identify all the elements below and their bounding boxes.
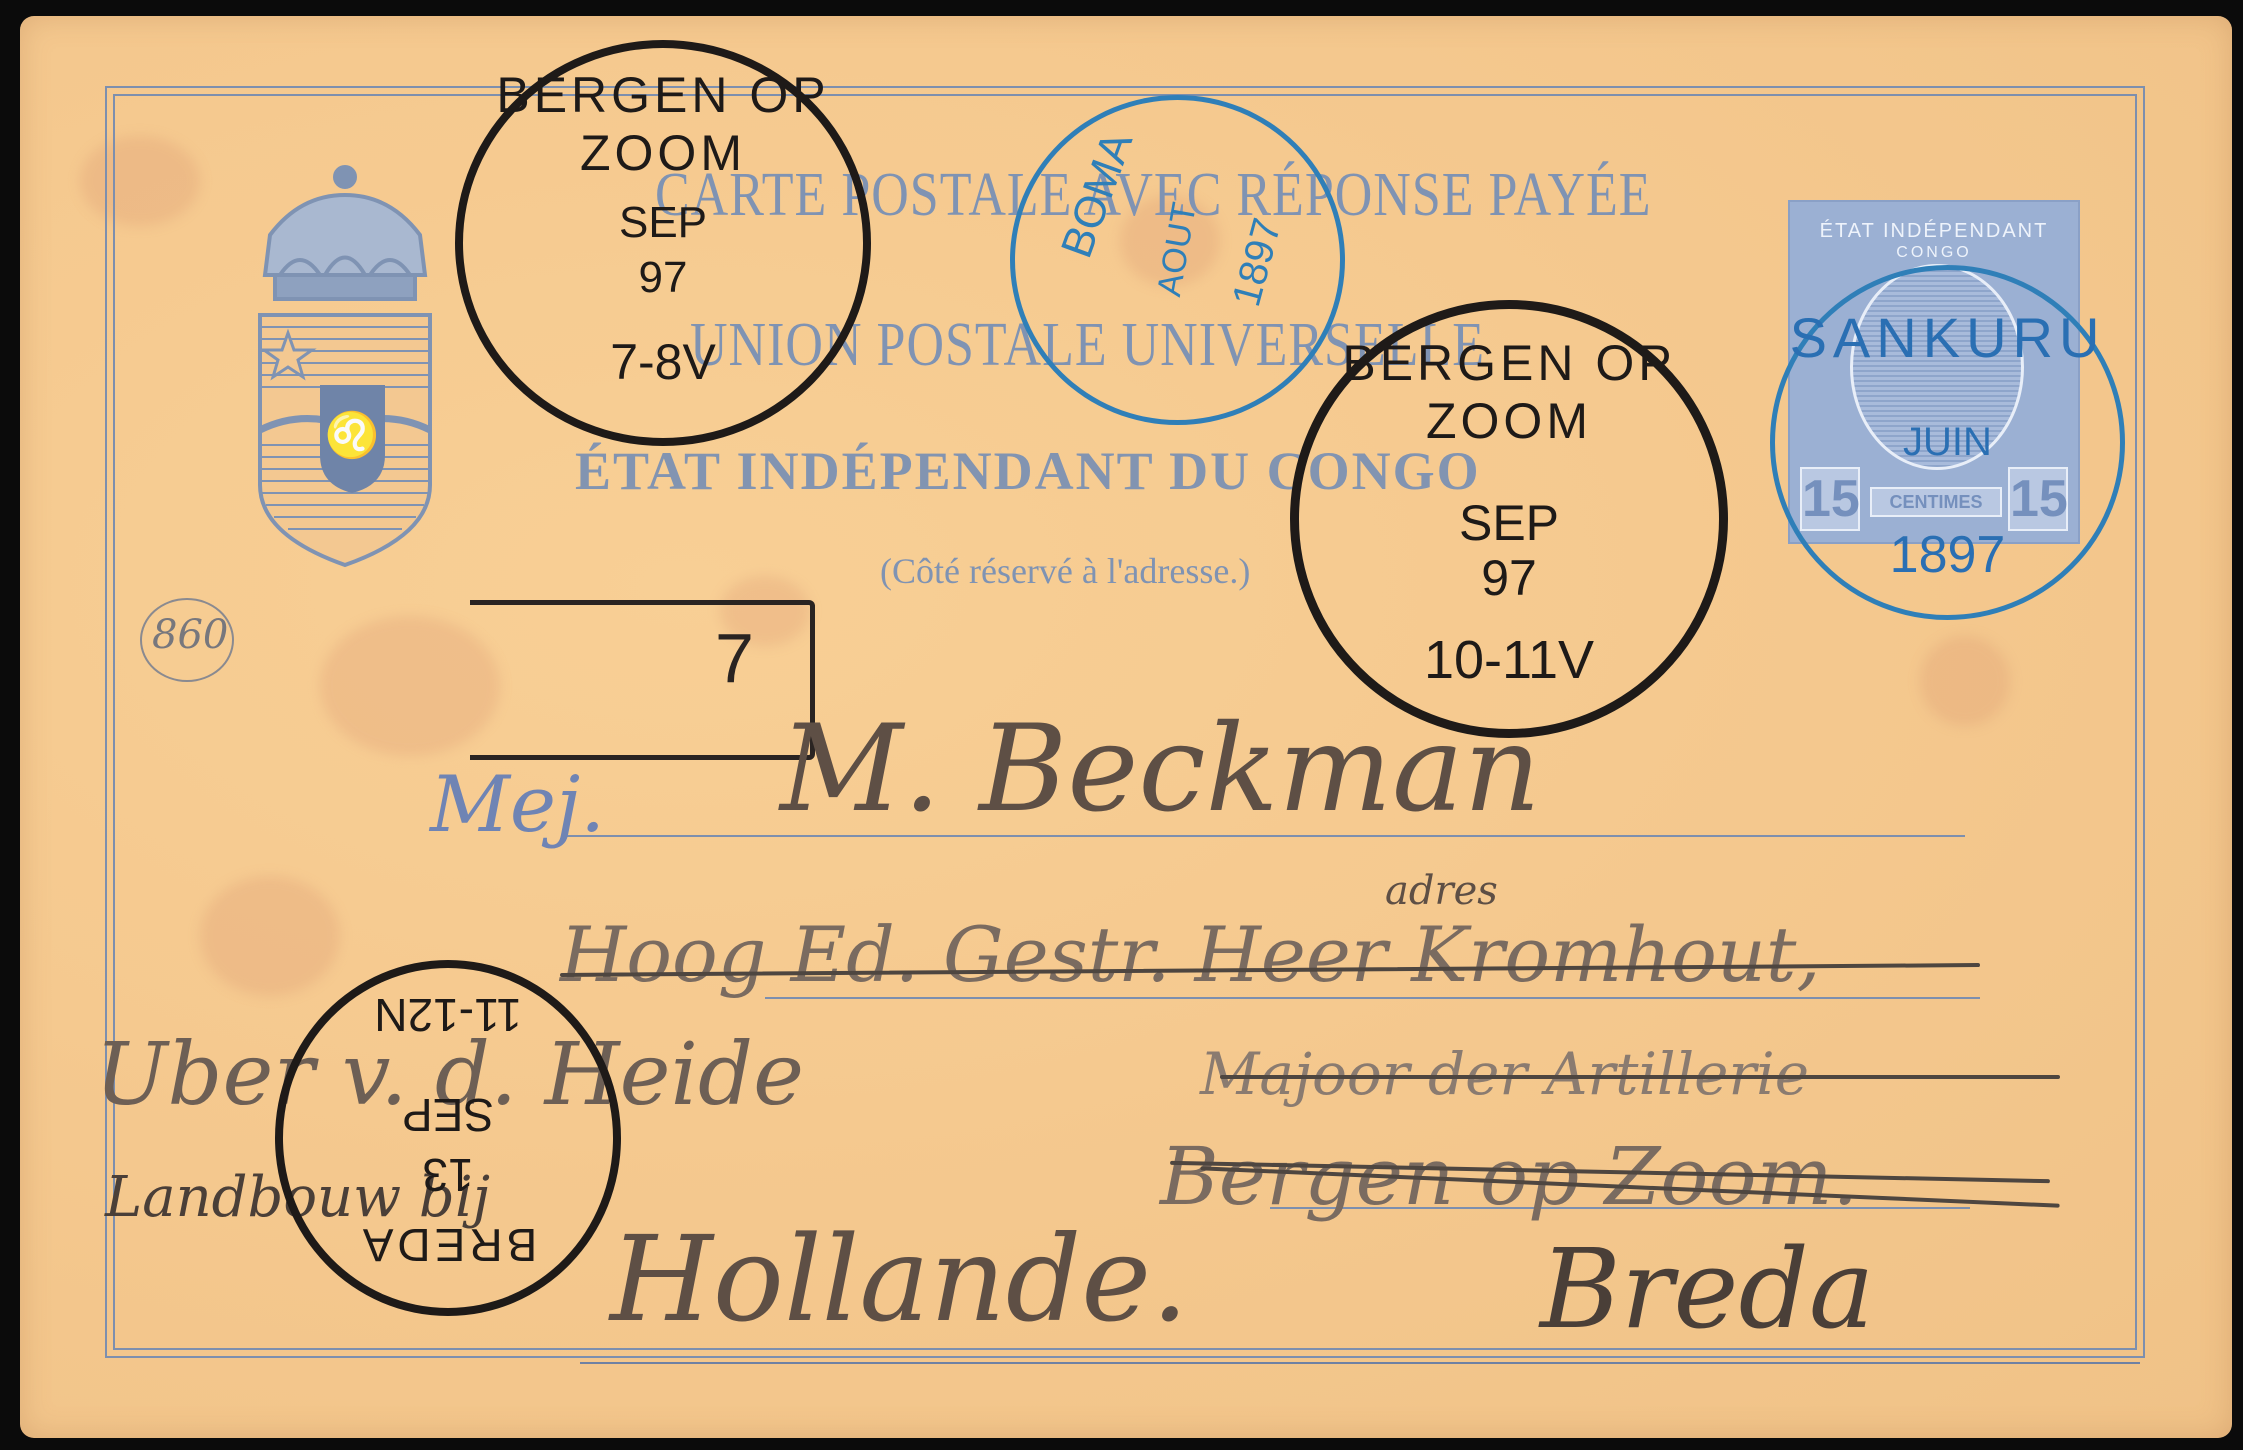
postmark-town: BREDA (283, 1218, 613, 1272)
postmark-town: SANKURU (1775, 305, 2120, 370)
box-marking-value: 7 (715, 618, 754, 698)
address-guide-line-4 (580, 1362, 2140, 1364)
postmark-time: 10-11V (1299, 629, 1719, 691)
address-line-struck-1: Hoog Ed. Gestr. Heer Kromhout, (560, 910, 1821, 999)
stamp-top-text: ÉTAT INDÉPENDANT (1790, 220, 2078, 243)
address-prefix: Mej. (430, 760, 605, 850)
svg-text:♌: ♌ (325, 410, 380, 460)
postmark-year: 97 (463, 253, 863, 303)
postmark-bergen-op-zoom-1: BERGEN OP ZOOM SEP 97 7-8V (455, 40, 871, 446)
postmark-month: SEP (1299, 494, 1719, 552)
postmark-month: JUIN (1775, 420, 2120, 465)
box-marking (470, 600, 815, 760)
postmark-month: SEP (463, 198, 863, 248)
address-line-struck-2: Majoor der Artillerie (1200, 1040, 1809, 1108)
postmark-year: 97 (1299, 549, 1719, 607)
postmark-boma: BOMA AOUT 1897 (1010, 95, 1345, 425)
postmark-time: 11-12N (283, 988, 613, 1042)
postmark-breda: 11-12N SEP 13 BREDA (275, 960, 621, 1316)
address-side-note: (Côté réservé à l'adresse.) (880, 550, 1250, 592)
new-city: Breda (1540, 1225, 1875, 1353)
stamp-sub-text: CONGO (1790, 244, 2078, 262)
strikethrough-2 (1220, 1075, 2060, 1079)
coat-of-arms-icon: ♌ (240, 155, 450, 575)
pencil-note-text: 860 (152, 612, 228, 658)
postmark-time: 7-8V (463, 333, 863, 391)
postmark-month: SEP (283, 1088, 613, 1142)
postmark-bergen-op-zoom-2: BERGEN OP ZOOM SEP 97 10-11V (1290, 300, 1728, 738)
postmark-town: BERGEN OP ZOOM (1299, 334, 1719, 450)
address-annotation: adres (1385, 868, 1498, 914)
postmark-year: 1897 (1775, 525, 2120, 585)
postmark-sankuru: SANKURU JUIN 1897 (1770, 265, 2125, 620)
postmark-day: 13 (283, 1148, 613, 1202)
country: Hollande. (610, 1210, 1189, 1348)
postmark-town: BERGEN OP ZOOM (463, 66, 863, 182)
